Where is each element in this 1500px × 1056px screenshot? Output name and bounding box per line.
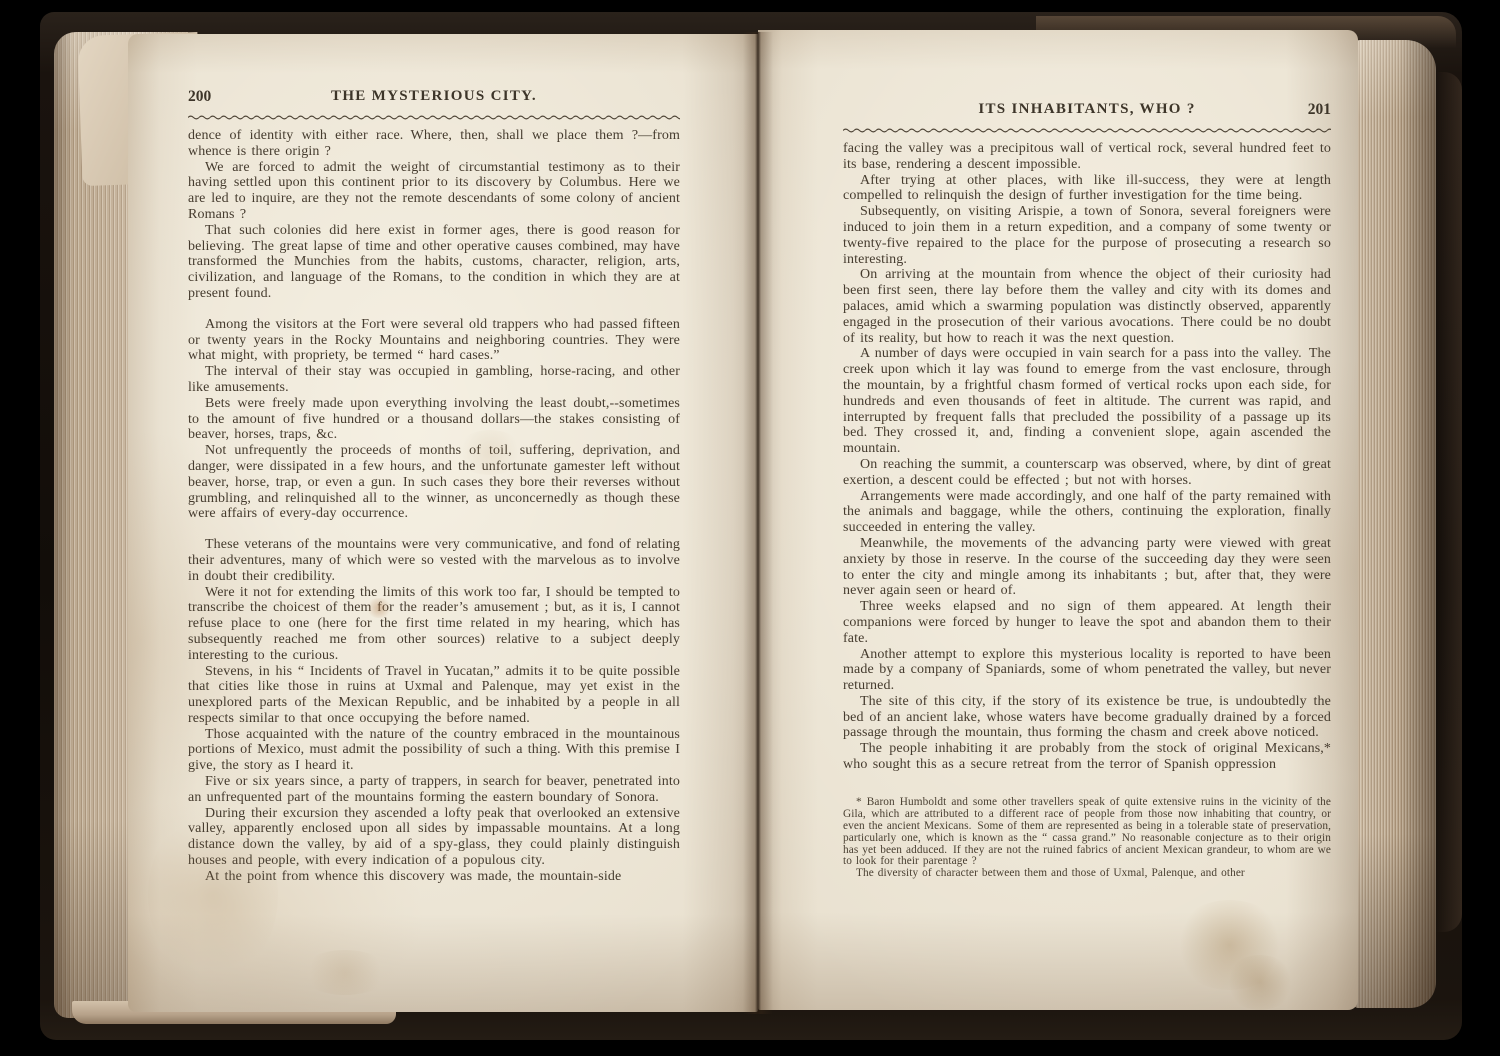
paragraph: Subsequently, on visiting Arispie, a tow…: [843, 204, 1331, 267]
right-page: ITS INHABITANTS, WHO ? 201 facing the va…: [758, 30, 1358, 1010]
paragraph: Those acquainted with the nature of the …: [188, 727, 680, 774]
left-page-body: dence of identity with either race. Wher…: [188, 128, 680, 885]
right-page-edge-stack: [1354, 40, 1436, 1008]
left-page-number: 200: [188, 88, 211, 106]
right-running-head: ITS INHABITANTS, WHO ?: [843, 101, 1331, 118]
right-page-header: ITS INHABITANTS, WHO ? 201: [843, 101, 1331, 120]
footnote-section: * Baron Humboldt and some other travelle…: [843, 797, 1331, 880]
paragraph: A number of days were occupied in vain s…: [843, 346, 1331, 457]
page-stain: [366, 598, 392, 618]
paragraph: Among the visitors at the Fort were seve…: [188, 317, 680, 364]
page-stain: [148, 810, 278, 980]
paragraph: * Baron Humboldt and some other travelle…: [843, 797, 1331, 868]
paragraph: Bets were freely made upon everything in…: [188, 396, 680, 443]
paragraph: Stevens, in his “ Incidents of Travel in…: [188, 664, 680, 727]
paragraph: The people inhabiting it are probably fr…: [843, 741, 1331, 773]
paragraph: facing the valley was a precipitous wall…: [843, 141, 1331, 173]
paragraph: The site of this city, if the story of i…: [843, 694, 1331, 741]
paragraph: After trying at other places, with like …: [843, 173, 1331, 205]
paragraph: Meanwhile, the movements of the advancin…: [843, 536, 1331, 599]
paragraph: Were it not for extending the limits of …: [188, 585, 680, 664]
right-page-number: 201: [1308, 101, 1331, 119]
paragraph: That such colonies did here exist in for…: [188, 223, 680, 302]
right-wavy-rule: [843, 127, 1331, 134]
left-wavy-rule: [188, 114, 680, 121]
left-running-head: THE MYSTERIOUS CITY.: [188, 88, 680, 105]
paragraph: These veterans of the mountains were ver…: [188, 537, 680, 584]
paragraph: Three weeks elapsed and no sign of them …: [843, 599, 1331, 646]
page-stain: [1225, 955, 1295, 1010]
paragraph: The interval of their stay was occupied …: [188, 364, 680, 396]
paragraph: The diversity of character between them …: [843, 868, 1331, 880]
paragraph: Five or six years since, a party of trap…: [188, 774, 680, 806]
paragraph: dence of identity with either race. Wher…: [188, 128, 680, 160]
paragraph: We are forced to admit the weight of cir…: [188, 160, 680, 223]
paragraph: Arrangements were made accordingly, and …: [843, 489, 1331, 536]
paragraph: On arriving at the mountain from whence …: [843, 267, 1331, 346]
left-page-header: 200 THE MYSTERIOUS CITY.: [188, 88, 680, 107]
paragraph: On reaching the summit, a counterscarp w…: [843, 457, 1331, 489]
paragraph: Not unfrequently the proceeds of months …: [188, 443, 680, 522]
book-gutter-shadow: [743, 32, 773, 1014]
page-stain: [455, 430, 525, 475]
paragraph: Another attempt to explore this mysterio…: [843, 647, 1331, 694]
photo-background: 200 THE MYSTERIOUS CITY. dence of identi…: [0, 0, 1500, 1056]
right-page-body: facing the valley was a precipitous wall…: [843, 141, 1331, 773]
page-stain: [300, 950, 390, 995]
